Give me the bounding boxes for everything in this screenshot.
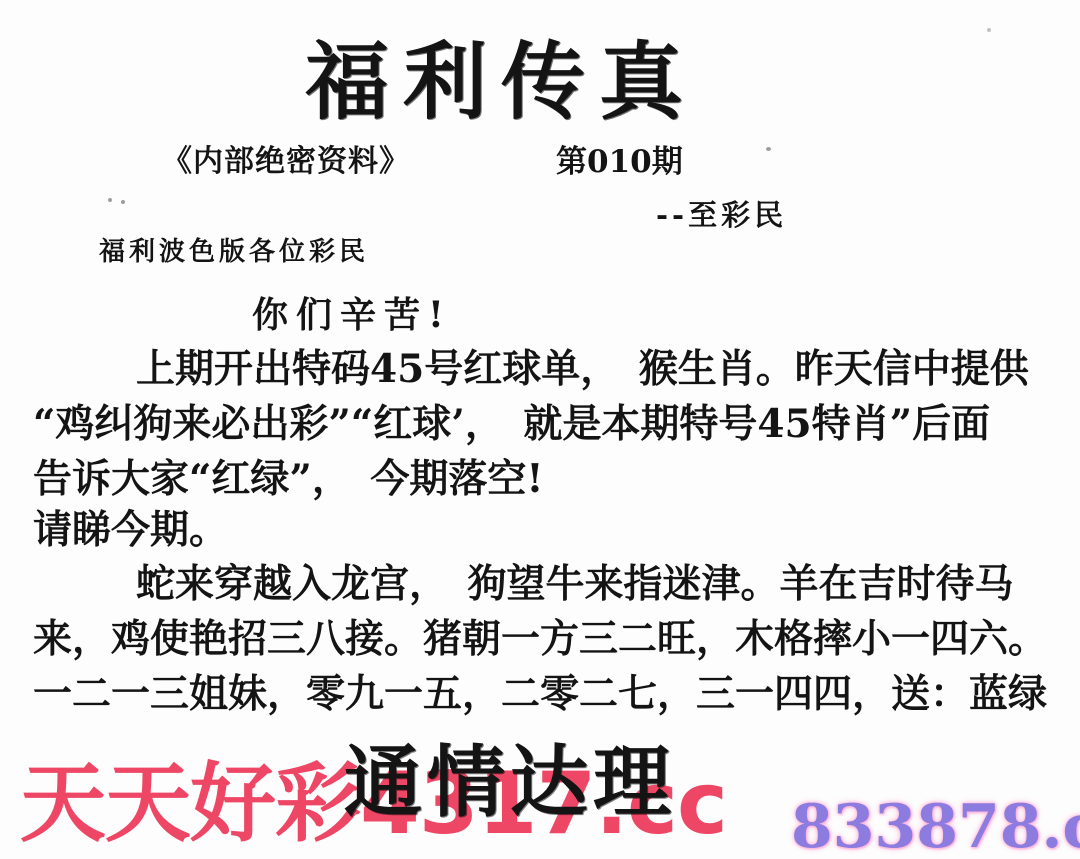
scan-speck — [108, 198, 112, 202]
body-line: 告诉大家“红绿”， 今期落空! — [33, 460, 544, 499]
classification-label: 《内部绝密资料》 — [162, 147, 410, 177]
body-line: 蛇来穿越入龙宫， 狗望牛来指迷津。羊在吉时待马 — [136, 565, 1014, 604]
scan-speck — [766, 147, 771, 151]
issue-number: 第010期 — [556, 147, 683, 178]
scan-speck — [987, 28, 991, 32]
body-line: 上期开出特码45号红球单， 猴生肖。昨天信中提供 — [136, 350, 1029, 389]
body-line: 一二一三姐妹，零九一五，二零二七，三一四四，送：蓝绿 — [33, 675, 1047, 714]
page-title: 福利传真 — [305, 40, 697, 124]
body-line: “鸡纠狗来必出彩”“红球’， 就是本期特号45特肖”后面 — [33, 405, 990, 444]
body-line: 请睇今期。 — [33, 511, 228, 550]
scan-speck — [121, 200, 125, 204]
salutation-line: --至彩民 — [656, 201, 787, 230]
footer-slogan: 通情达理 — [344, 744, 676, 822]
fax-sheet: 福利传真 《内部绝密资料》 第010期 --至彩民 福利波色版各位彩民 你们辛苦… — [0, 0, 1080, 859]
greeting-line: 你们辛苦! — [252, 297, 452, 333]
watermark-site-right: 833878.com — [791, 797, 1080, 857]
audience-line: 福利波色版各位彩民 — [99, 239, 369, 265]
body-line: 来，鸡使艳招三八接。猪朝一方三二旺，木格摔小一四六。 — [33, 620, 1047, 659]
